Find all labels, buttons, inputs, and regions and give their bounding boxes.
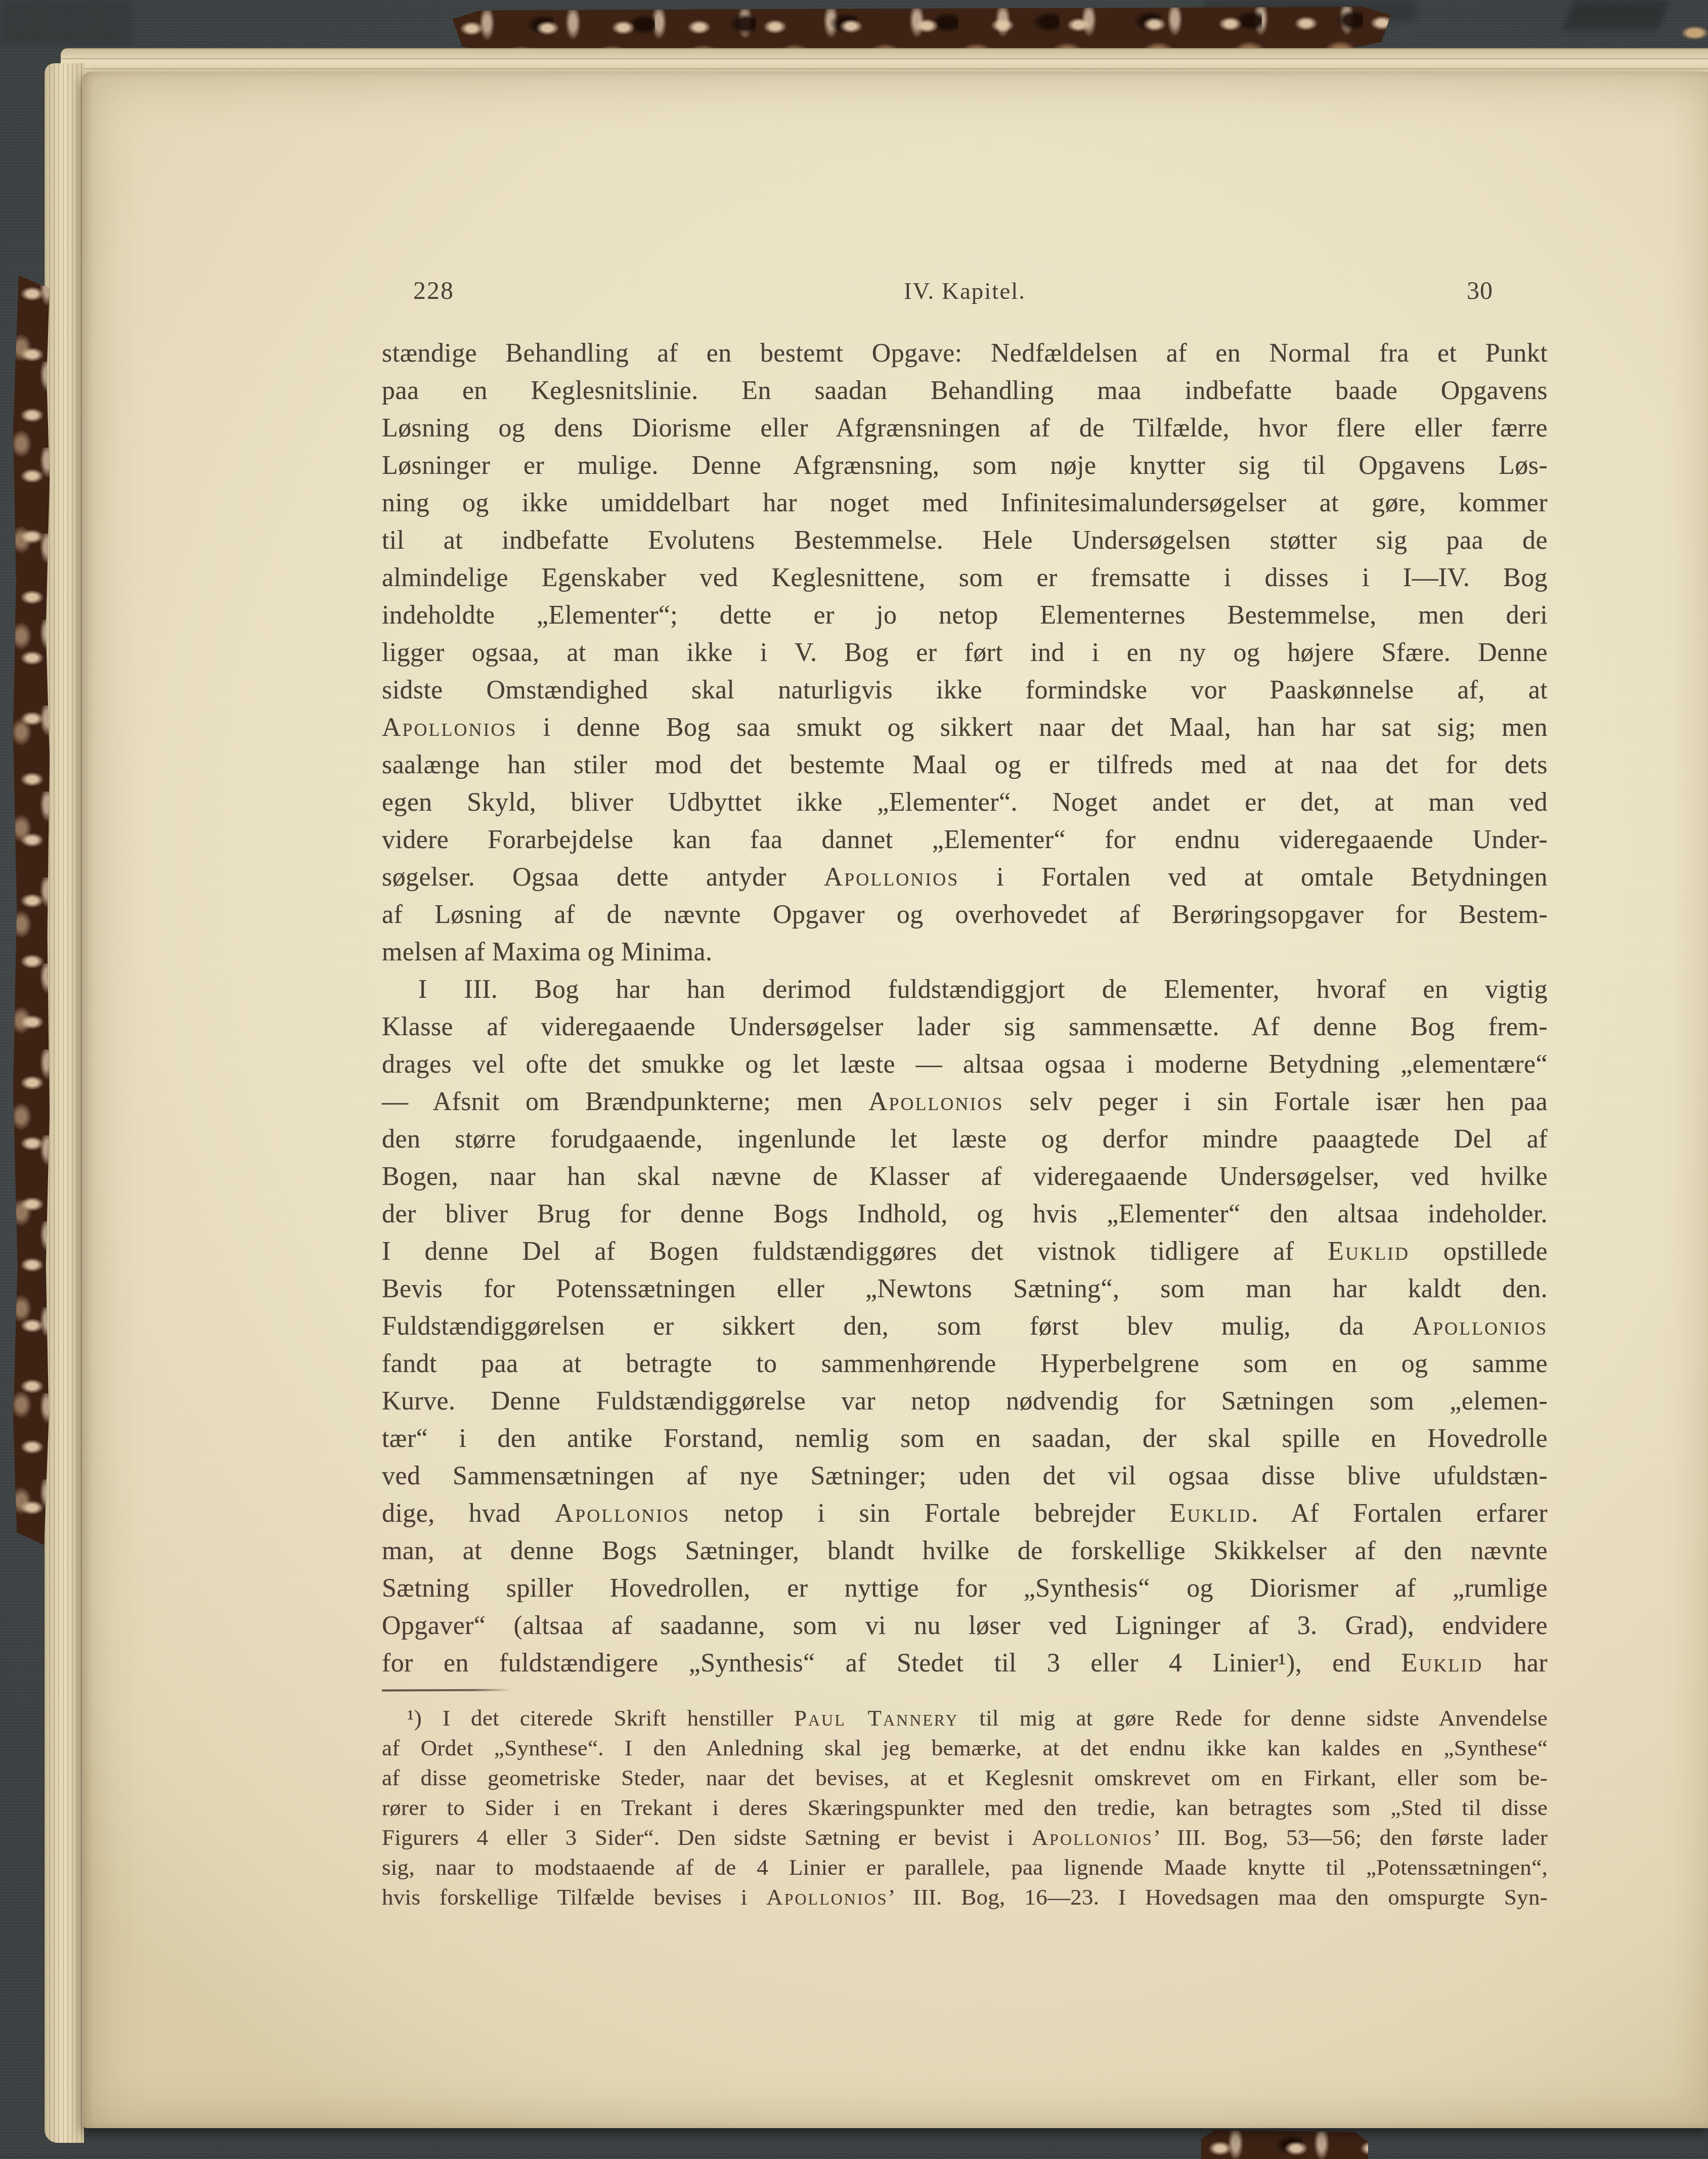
text-segment: almindelige Egenskaber ved Keglesnittene…: [382, 563, 1548, 592]
text-segment: I III. Bog har han derimod fuldstændiggj…: [418, 975, 1548, 1004]
cover-shadow-patch: [0, 0, 132, 46]
text-line: Bogen, naar han skal nævne de Klasser af…: [382, 1158, 1548, 1196]
text-segment: fandt paa at betragte to sammenhørende H…: [382, 1349, 1548, 1378]
text-line: søgelser. Ogsaa dette antyder Apollonios…: [382, 859, 1548, 896]
text-line: videre Forarbejdelse kan faa dannet „Ele…: [382, 821, 1548, 859]
text-line: Apollonios i denne Bog saa smukt og sikk…: [382, 709, 1548, 746]
small-caps-name: Apollonios: [868, 1087, 1004, 1116]
text-segment: Løsning og dens Diorisme eller Afgrænsni…: [382, 414, 1548, 443]
text-line: Sætning spiller Hovedrollen, er nyttige …: [382, 1570, 1548, 1607]
text-line: Opgaver“ (altsaa af saadanne, som vi nu …: [382, 1607, 1548, 1645]
text-segment: Fuldstændiggørelsen er sikkert den, som …: [382, 1312, 1412, 1341]
text-line: melsen af Maxima og Minima.: [382, 934, 1548, 971]
text-segment: Kurve. Denne Fuldstændiggørelse var neto…: [382, 1387, 1548, 1416]
text-segment: indeholdte „Elementer“; dette er jo neto…: [382, 601, 1548, 630]
text-segment: melsen af Maxima og Minima.: [382, 938, 712, 966]
text-segment: af Løsning af de nævnte Opgaver og overh…: [382, 900, 1548, 929]
text-segment: Bogen, naar han skal nævne de Klasser af…: [382, 1162, 1548, 1191]
text-segment: har: [1483, 1649, 1548, 1678]
text-line: sidste Omstændighed skal naturligvis ikk…: [382, 672, 1548, 709]
text-line: sig, naar to modstaaende af de 4 Linier …: [382, 1853, 1548, 1882]
page-number: 228: [413, 276, 454, 305]
text-line: til at indbefatte Evolutens Bestemmelse.…: [382, 522, 1548, 559]
text-line: I denne Del af Bogen fuldstændiggøres de…: [382, 1233, 1548, 1270]
small-caps-name: Apollonios: [382, 713, 517, 742]
small-caps-name: Apollonios: [555, 1499, 690, 1528]
text-segment: sig, naar to modstaaende af de 4 Linier …: [382, 1855, 1548, 1880]
cover-shadow-patch: [1562, 0, 1670, 30]
marbled-paper-bottom-edge: [1201, 2130, 1368, 2159]
text-line: I III. Bog har han derimod fuldstændiggj…: [382, 971, 1548, 1008]
text-line: ligger ogsaa, at man ikke i V. Bog er fø…: [382, 634, 1548, 672]
text-segment: opstillede: [1410, 1237, 1548, 1266]
text-line: man, at denne Bogs Sætninger, blandt hvi…: [382, 1532, 1548, 1570]
text-segment: ved Sammensætningen af nye Sætninger; ud…: [382, 1462, 1548, 1490]
text-line: stændige Behandling af en bestemt Opgave…: [382, 335, 1548, 372]
text-line: almindelige Egenskaber ved Keglesnittene…: [382, 559, 1548, 597]
text-segment: sidste Omstændighed skal naturligvis ikk…: [382, 676, 1548, 704]
text-segment: egen Skyld, bliver Udbyttet ikke „Elemen…: [382, 788, 1548, 817]
text-line: Bevis for Potenssætningen eller „Newtons…: [382, 1270, 1548, 1308]
text-segment: ’ III. Bog, 53—56; den første lader: [1153, 1825, 1548, 1850]
text-line: ning og ikke umiddelbart har noget med I…: [382, 484, 1548, 522]
small-caps-name: Euklid: [1328, 1237, 1410, 1266]
footnote-text: ¹) I det citerede Skrift henstiller Paul…: [382, 1703, 1548, 1912]
text-line: den større forudgaaende, ingenlunde let …: [382, 1121, 1548, 1158]
text-segment: selv peger i sin Fortale især hen paa: [1003, 1087, 1548, 1116]
text-segment: — Afsnit om Brændpunkterne; men: [382, 1087, 868, 1116]
text-line: rører to Sider i en Trekant i deres Skær…: [382, 1793, 1548, 1823]
small-caps-name: Apollonios: [1412, 1312, 1548, 1341]
text-segment: stændige Behandling af en bestemt Opgave…: [382, 339, 1548, 368]
text-segment: saalænge han stiler mod det bestemte Maa…: [382, 751, 1548, 779]
small-caps-name: Euklid: [1402, 1649, 1483, 1678]
text-line: Figurers 4 eller 3 Sider“. Den sidste Sæ…: [382, 1823, 1548, 1853]
book-cover: 228 IV. Kapitel. 30 stændige Behandling …: [0, 0, 1708, 2159]
text-line: — Afsnit om Brændpunkterne; men Apolloni…: [382, 1083, 1548, 1121]
body-text: stændige Behandling af en bestemt Opgave…: [382, 335, 1548, 1682]
small-caps-name: Euklid: [1169, 1499, 1251, 1528]
page-header: 228 IV. Kapitel. 30: [382, 276, 1548, 307]
text-segment: ¹) I det citerede Skrift henstiller: [407, 1705, 794, 1731]
text-line: tær“ i den antike Forstand, nemlig som e…: [382, 1420, 1548, 1458]
text-segment: paa en Keglesnitslinie. En saadan Behand…: [382, 376, 1548, 405]
small-caps-name: Apollonios: [766, 1884, 888, 1910]
text-segment: til at indbefatte Evolutens Bestemmelse.…: [382, 526, 1548, 555]
text-segment: hvis forskellige Tilfælde bevises i: [382, 1884, 766, 1910]
text-segment: Figurers 4 eller 3 Sider“. Den sidste Sæ…: [382, 1825, 1032, 1850]
small-caps-name: Apollonios: [1032, 1825, 1153, 1850]
text-segment: den større forudgaaende, ingenlunde let …: [382, 1125, 1548, 1154]
text-segment: ’ III. Bog, 16—23. I Hovedsagen maa den …: [888, 1884, 1548, 1910]
text-segment: drages vel ofte det smukke og let læste …: [382, 1050, 1548, 1079]
text-segment: Bevis for Potenssætningen eller „Newtons…: [382, 1274, 1548, 1303]
text-line: af Løsning af de nævnte Opgaver og overh…: [382, 896, 1548, 934]
text-segment: ning og ikke umiddelbart har noget med I…: [382, 489, 1548, 517]
text-segment: af disse geometriske Steder, naar det be…: [382, 1765, 1548, 1790]
text-line: dige, hvad Apollonios netop i sin Fortal…: [382, 1495, 1548, 1532]
text-line: fandt paa at betragte to sammenhørende H…: [382, 1345, 1548, 1383]
marbled-paper-left-edge: [13, 276, 50, 1545]
text-segment: af Ordet „Synthese“. I den Anledning ska…: [382, 1735, 1548, 1760]
text-segment: rører to Sider i en Trekant i deres Skær…: [382, 1795, 1548, 1820]
text-segment: der bliver Brug for denne Bogs Indhold, …: [382, 1200, 1548, 1228]
text-segment: netop i sin Fortale bebrejder: [690, 1499, 1169, 1528]
text-line: Løsning og dens Diorisme eller Afgrænsni…: [382, 410, 1548, 447]
text-segment: Løsninger er mulige. Denne Afgrænsning, …: [382, 451, 1548, 480]
footnote-separator: [382, 1689, 512, 1691]
small-caps-name: Apollonios: [824, 863, 959, 892]
text-line: indeholdte „Elementer“; dette er jo neto…: [382, 597, 1548, 634]
book-page: 228 IV. Kapitel. 30 stændige Behandling …: [82, 72, 1708, 2128]
text-segment: videre Forarbejdelse kan faa dannet „Ele…: [382, 825, 1548, 854]
text-segment: Klasse af videregaaende Undersøgelser la…: [382, 1012, 1548, 1041]
text-line: af disse geometriske Steder, naar det be…: [382, 1763, 1548, 1793]
text-segment: til mig at gøre Rede for denne sidste An…: [959, 1705, 1548, 1731]
text-line: drages vel ofte det smukke og let læste …: [382, 1046, 1548, 1083]
cover-damage-spot: [1682, 26, 1708, 39]
text-segment: I denne Del af Bogen fuldstændiggøres de…: [382, 1237, 1328, 1266]
text-line: Klasse af videregaaende Undersøgelser la…: [382, 1008, 1548, 1046]
text-segment: man, at denne Bogs Sætninger, blandt hvi…: [382, 1536, 1548, 1565]
text-line: der bliver Brug for denne Bogs Indhold, …: [382, 1196, 1548, 1233]
sheet-number: 30: [1467, 276, 1493, 305]
text-line: egen Skyld, bliver Udbyttet ikke „Elemen…: [382, 784, 1548, 821]
text-segment: dige, hvad: [382, 1499, 555, 1528]
text-segment: ligger ogsaa, at man ikke i V. Bog er fø…: [382, 638, 1548, 667]
text-line: paa en Keglesnitslinie. En saadan Behand…: [382, 372, 1548, 410]
text-segment: Sætning spiller Hovedrollen, er nyttige …: [382, 1574, 1548, 1603]
text-segment: for en fuldstændigere „Synthesis“ af Ste…: [382, 1649, 1402, 1678]
text-line: ved Sammensætningen af nye Sætninger; ud…: [382, 1458, 1548, 1495]
text-line: Kurve. Denne Fuldstændiggørelse var neto…: [382, 1383, 1548, 1420]
text-segment: Opgaver“ (altsaa af saadanne, som vi nu …: [382, 1611, 1548, 1640]
text-segment: søgelser. Ogsaa dette antyder: [382, 863, 824, 892]
text-line: af Ordet „Synthese“. I den Anledning ska…: [382, 1733, 1548, 1763]
text-line: Løsninger er mulige. Denne Afgrænsning, …: [382, 447, 1548, 484]
page-stack-left-edges: [45, 63, 84, 2143]
text-segment: i Fortalen ved at omtale Betydningen: [959, 863, 1548, 892]
text-segment: . Af Fortalen erfarer: [1251, 1499, 1548, 1528]
text-line: for en fuldstændigere „Synthesis“ af Ste…: [382, 1645, 1548, 1682]
text-segment: i denne Bog saa smukt og sikkert naar de…: [517, 713, 1548, 742]
text-line: hvis forskellige Tilfælde bevises i Apol…: [382, 1882, 1548, 1912]
text-line: ¹) I det citerede Skrift henstiller Paul…: [382, 1703, 1548, 1733]
text-line: saalænge han stiler mod det bestemte Maa…: [382, 746, 1548, 784]
text-line: Fuldstændiggørelsen er sikkert den, som …: [382, 1308, 1548, 1345]
text-segment: tær“ i den antike Forstand, nemlig som e…: [382, 1424, 1548, 1453]
small-caps-name: Paul Tannery: [794, 1705, 959, 1731]
running-title: IV. Kapitel.: [904, 278, 1026, 305]
